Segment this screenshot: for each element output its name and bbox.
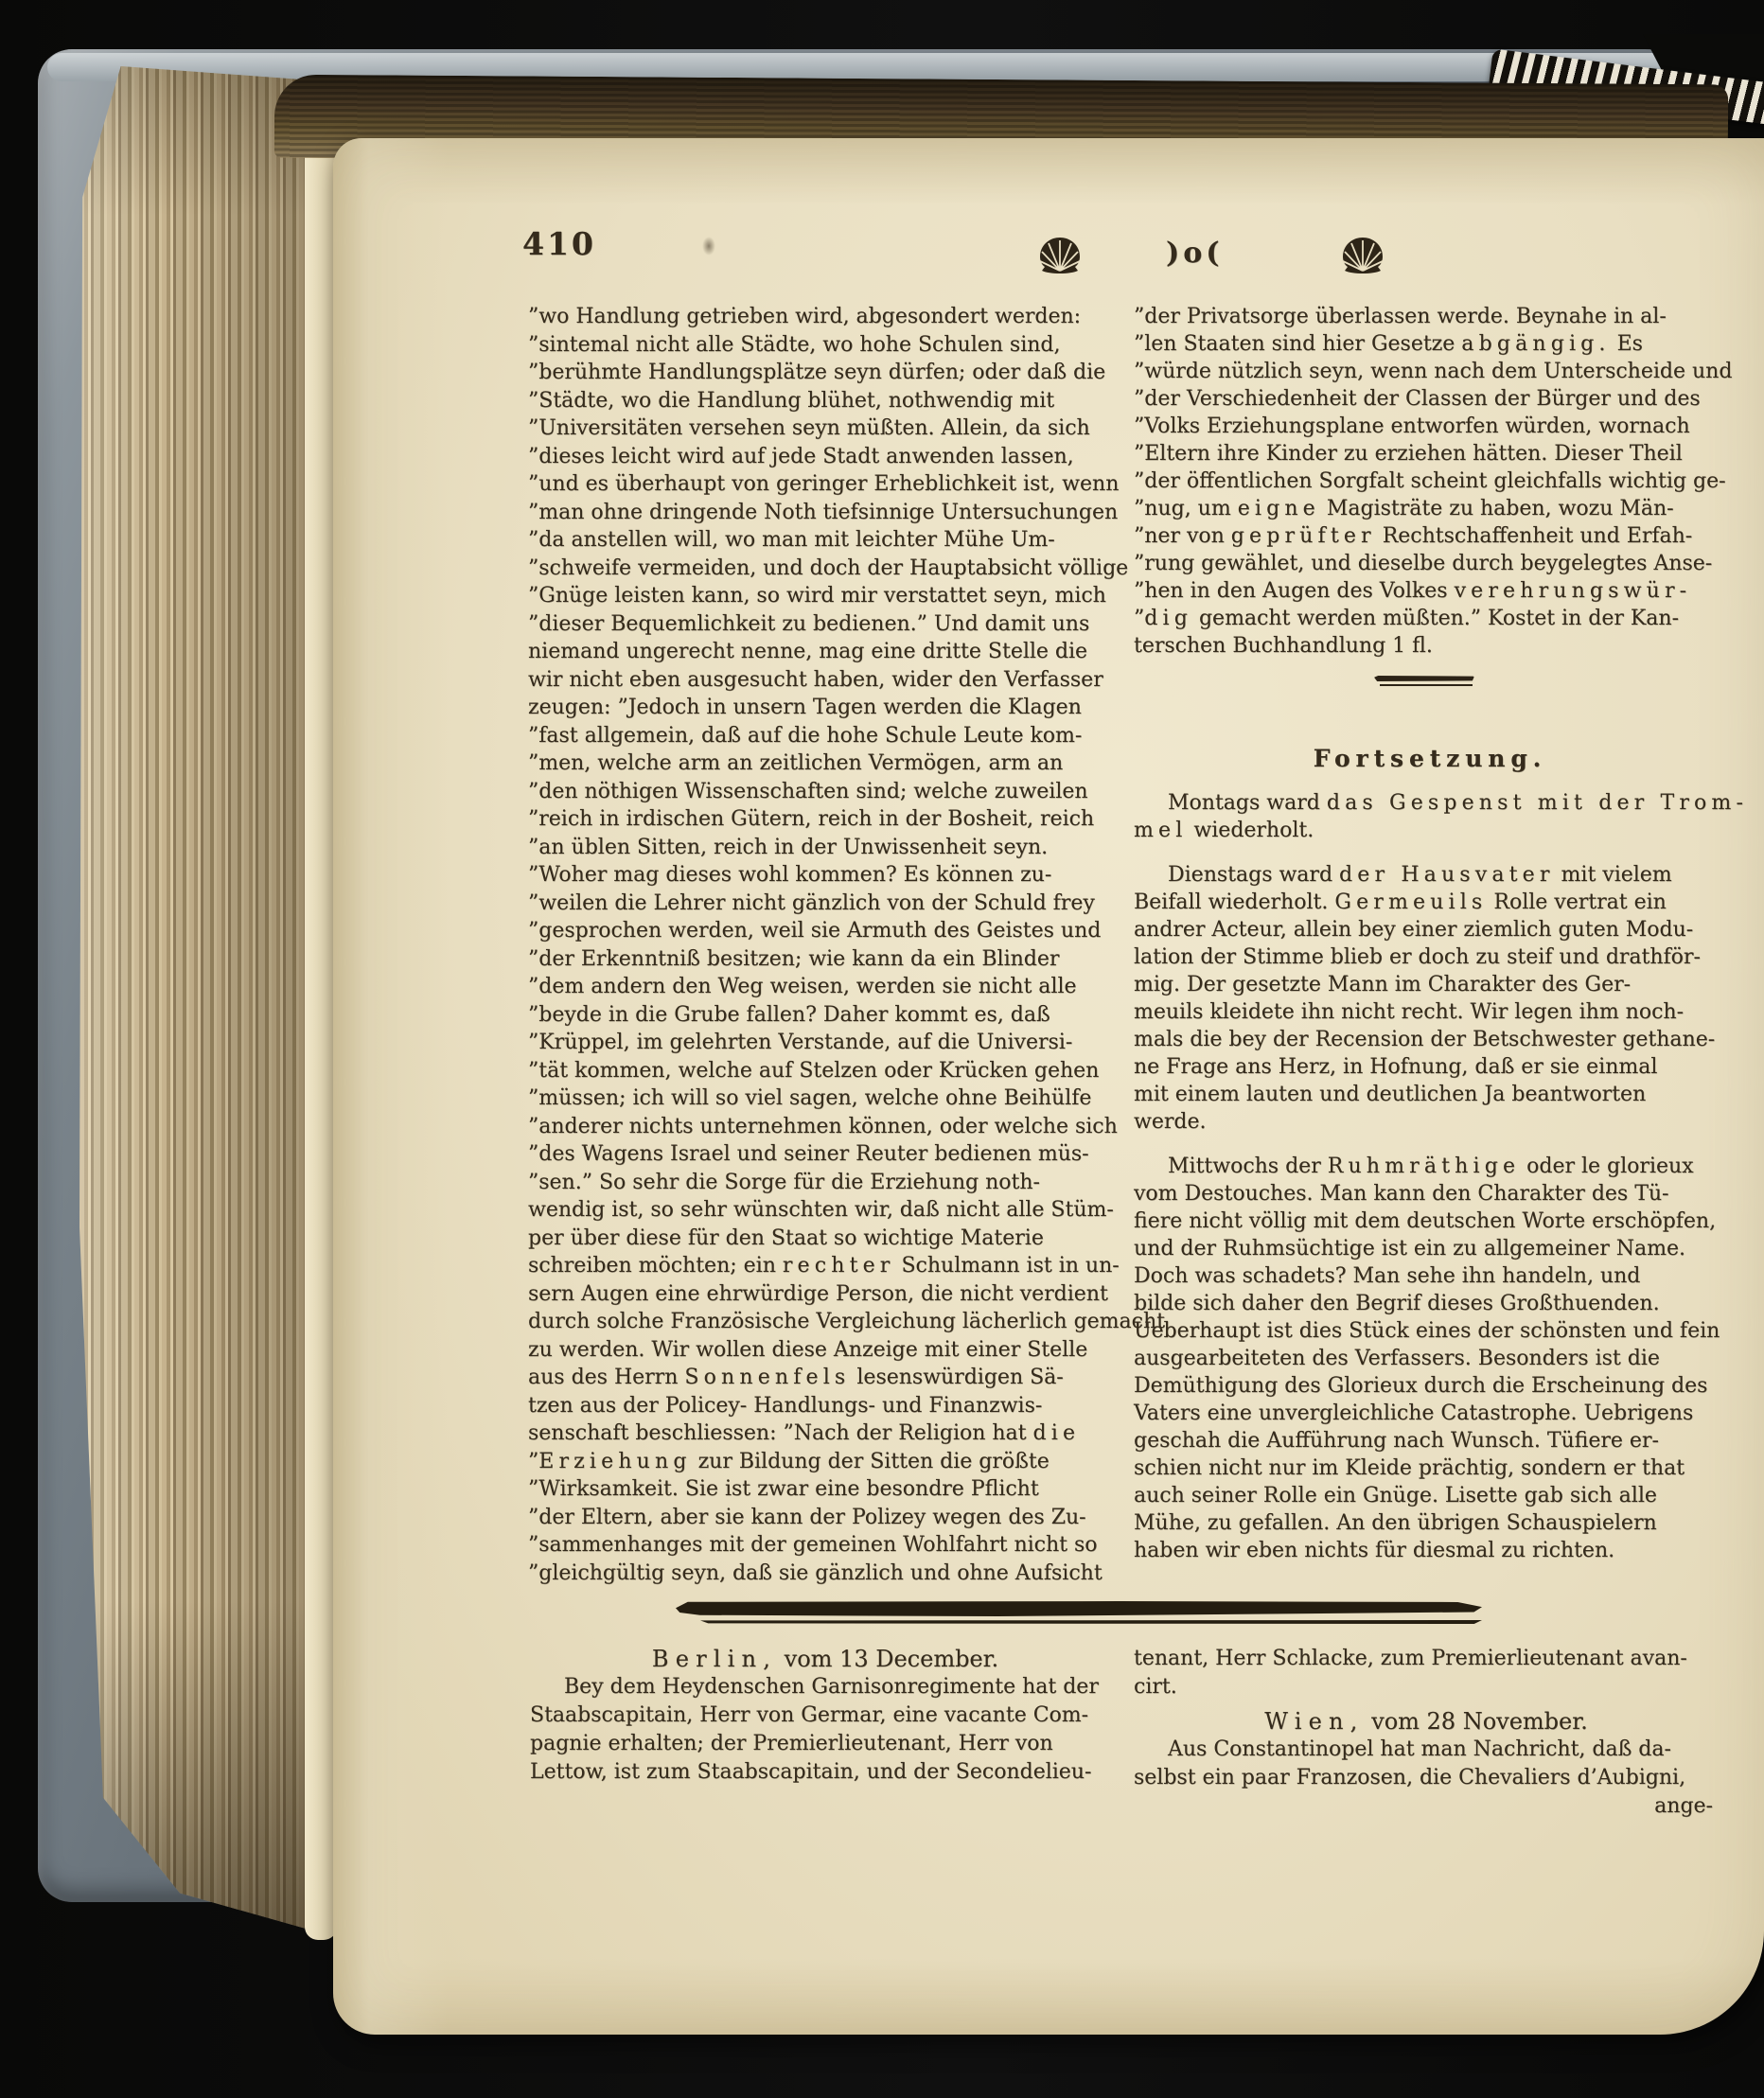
text-segment: Es bbox=[1611, 332, 1643, 356]
text-line: ”Eltern ihre Kinder zu erziehen hätten. … bbox=[1134, 440, 1715, 467]
text-line: senschaft beschliessen: ”Nach der Religi… bbox=[528, 1419, 1119, 1448]
text-line: niemand ungerecht nenne, mag eine dritte… bbox=[528, 638, 1119, 666]
text-line: ”der Privatsorge überlassen werde. Beyna… bbox=[1134, 303, 1715, 330]
text-line: ”dieser Bequemlichkeit zu bedienen.” Und… bbox=[528, 610, 1119, 639]
text-line: tzen aus der Policey- Handlungs- und Fin… bbox=[528, 1392, 1119, 1420]
text-line: ”den nöthigen Wissenschaften sind; welch… bbox=[528, 778, 1119, 806]
text-line: mig. Der gesetzte Mann im Charakter des … bbox=[1134, 971, 1715, 998]
text-line: wir nicht eben ausgesucht haben, wider d… bbox=[528, 666, 1119, 695]
text-line: ”des Wagens Israel und seiner Reuter bed… bbox=[528, 1140, 1119, 1169]
text-line: Mittwochs der Ruhmräthige oder le glorie… bbox=[1134, 1153, 1715, 1180]
emphasized-text: Erziehung bbox=[538, 1450, 691, 1473]
text-line: ”der Erkenntniß besitzen; wie kann da ei… bbox=[528, 945, 1119, 974]
text-line: Mühe, zu gefallen. An den übrigen Schaus… bbox=[1134, 1509, 1715, 1537]
text-segment: ”ner von bbox=[1134, 524, 1231, 548]
emphasized-text: abgängig. bbox=[1461, 332, 1610, 356]
emphasized-text: Wien, bbox=[1264, 1708, 1364, 1735]
wien-news-text: Aus Constantinopel hat man Nachricht, da… bbox=[1134, 1736, 1719, 1792]
text-segment: senschaft beschliessen: ”Nach der Religi… bbox=[528, 1421, 1033, 1445]
text-segment: lesenswürdigen Sä- bbox=[850, 1366, 1063, 1389]
text-segment: Schulmann ist in un- bbox=[894, 1254, 1119, 1278]
text-line: ”der Verschiedenheit der Classen der Bür… bbox=[1134, 385, 1715, 413]
text-line: ”dem andern den Weg weisen, werden sie n… bbox=[528, 973, 1119, 1001]
text-line: ausgearbeiteten des Verfassers. Besonder… bbox=[1134, 1345, 1715, 1372]
text-segment: oder le glorieux bbox=[1520, 1155, 1693, 1178]
text-line: ”schweife vermeiden, und doch der Haupta… bbox=[528, 555, 1119, 583]
book-page: 410 )o( ”wo Handlung getrieben wird, abg… bbox=[333, 138, 1764, 2035]
text-line: per über diese für den Staat so wichtige… bbox=[528, 1225, 1119, 1253]
text-segment: Montags ward bbox=[1168, 791, 1327, 815]
text-line: ”Städte, wo die Handlung blühet, nothwen… bbox=[528, 387, 1119, 415]
text-line: auch seiner Rolle ein Gnüge. Lisette gab… bbox=[1134, 1482, 1715, 1509]
text-line: vom Destouches. Man kann den Charakter d… bbox=[1134, 1180, 1715, 1208]
text-line: ”Volks Erziehungsplane entworfen würden,… bbox=[1134, 413, 1715, 440]
text-line: ”der Eltern, aber sie kann der Polizey w… bbox=[528, 1504, 1119, 1532]
page-curl-highlight bbox=[305, 81, 337, 1940]
scallop-ornament-icon bbox=[1035, 235, 1085, 278]
emphasized-text: mel bbox=[1134, 819, 1187, 842]
text-line: terschen Buchhandlung 1 fl. bbox=[1134, 632, 1715, 660]
text-line: ne Frage ans Herz, in Hofnung, daß er si… bbox=[1134, 1053, 1715, 1081]
text-line: ”nug, um eigne Magisträte zu haben, wozu… bbox=[1134, 495, 1715, 522]
text-segment: ”len Staaten sind hier Gesetze bbox=[1134, 332, 1461, 356]
text-segment: vom 13 December. bbox=[777, 1646, 998, 1672]
paragraph: Montags ward das Gespenst mit der Trom-m… bbox=[1134, 789, 1715, 844]
short-divider-rule bbox=[1374, 676, 1474, 686]
scallop-ornament-icon bbox=[1338, 235, 1387, 278]
text-line: ”sintemal nicht alle Städte, wo hohe Sch… bbox=[528, 331, 1119, 360]
text-line: ”rung gewählet, und dieselbe durch beyge… bbox=[1134, 550, 1715, 577]
text-line: wendig ist, so sehr wünschten wir, daß n… bbox=[528, 1196, 1119, 1225]
text-block: ”der Privatsorge überlassen werde. Beyna… bbox=[1134, 303, 1715, 660]
text-line: haben wir eben nichts für diesmal zu ric… bbox=[1134, 1537, 1715, 1564]
emphasized-text: rechter bbox=[783, 1254, 895, 1278]
text-line: ”der öffentlichen Sorgfalt scheint gleic… bbox=[1134, 467, 1715, 495]
text-line: selbst ein paar Franzosen, die Chevalier… bbox=[1134, 1764, 1719, 1792]
text-line: ”Universitäten versehen seyn müßten. All… bbox=[528, 414, 1119, 443]
ink-smudge bbox=[702, 237, 715, 256]
paragraph: Dienstags ward der Hausvater mit vielemB… bbox=[1134, 861, 1715, 1136]
text-line: ”dig gemacht werden müßten.” Kostet in d… bbox=[1134, 605, 1715, 632]
text-segment: ”nug, um bbox=[1134, 497, 1238, 520]
emphasized-text: die bbox=[1033, 1421, 1081, 1445]
text-line: ”Erziehung zur Bildung der Sitten die gr… bbox=[528, 1448, 1119, 1476]
text-line: ”anderer nichts unternehmen können, oder… bbox=[528, 1113, 1119, 1141]
text-line: ”da anstellen will, wo man mit leichter … bbox=[528, 526, 1119, 555]
text-line: ”gleichgültig seyn, daß sie gänzlich und… bbox=[528, 1560, 1119, 1588]
text-segment: zur Bildung der Sitten die größte bbox=[692, 1450, 1050, 1473]
bottom-left-section: Berlin, vom 13 December. Bey dem Heydens… bbox=[530, 1645, 1120, 1787]
page-number: 410 bbox=[522, 225, 596, 262]
emphasized-text: Germeuils bbox=[1334, 890, 1487, 914]
scanned-book-photo: 410 )o( ”wo Handlung getrieben wird, abg… bbox=[0, 0, 1764, 2098]
text-line: ”len Staaten sind hier Gesetze abgängig.… bbox=[1134, 330, 1715, 358]
text-line: ”Krüppel, im gelehrten Verstande, auf di… bbox=[528, 1029, 1119, 1057]
text-line: ”men, welche arm an zeitlichen Vermögen,… bbox=[528, 749, 1119, 778]
text-line: mel wiederholt. bbox=[1134, 817, 1715, 844]
text-segment: Rechtschaffenheit und Erfah- bbox=[1376, 524, 1693, 548]
emphasized-text: Ruhmräthige bbox=[1328, 1155, 1520, 1178]
emphasized-text: dig bbox=[1144, 607, 1192, 630]
left-text-column: ”wo Handlung getrieben wird, abgesondert… bbox=[528, 303, 1119, 1587]
catchword: ange- bbox=[1134, 1792, 1719, 1821]
text-line: mals die bey der Recension der Betschwes… bbox=[1134, 1026, 1715, 1053]
text-segment: Dienstags ward bbox=[1168, 863, 1339, 887]
text-segment: ”hen in den Augen des Volkes bbox=[1134, 579, 1455, 603]
text-line: ”gesprochen werden, weil sie Armuth des … bbox=[528, 917, 1119, 945]
berlin-news-text: Bey dem Heydenschen Garnisonregimente ha… bbox=[530, 1673, 1120, 1787]
text-line: ”berühmte Handlungsplätze seyn dürfen; o… bbox=[528, 359, 1119, 387]
text-line: Montags ward das Gespenst mit der Trom- bbox=[1134, 789, 1715, 817]
text-line: Doch was schadets? Man sehe ihn handeln,… bbox=[1134, 1262, 1715, 1290]
text-segment: gemacht werden müßten.” Kostet in der Ka… bbox=[1192, 607, 1679, 630]
text-line: sern Augen eine ehrwürdige Person, die n… bbox=[528, 1280, 1119, 1309]
text-line: ”tät kommen, welche auf Stelzen oder Krü… bbox=[528, 1057, 1119, 1085]
text-line: ”an üblen Sitten, reich in der Unwissenh… bbox=[528, 834, 1119, 862]
text-line: werde. bbox=[1134, 1108, 1715, 1136]
text-line: fiere nicht völlig mit dem deutschen Wor… bbox=[1134, 1208, 1715, 1235]
emphasized-text: Berlin, bbox=[652, 1646, 777, 1672]
text-line: Staabscapitain, Herr von Germar, eine va… bbox=[530, 1701, 1120, 1730]
text-line: meuils kleidete ihn nicht recht. Wir leg… bbox=[1134, 998, 1715, 1026]
emphasized-text: geprüfter bbox=[1231, 524, 1376, 548]
text-line: ”beyde in die Grube fallen? Daher kommt … bbox=[528, 1001, 1119, 1030]
text-segment: schreiben möchten; ein bbox=[528, 1254, 783, 1278]
text-line: ”man ohne dringende Noth tiefsinnige Unt… bbox=[528, 499, 1119, 527]
text-line: ”würde nützlich seyn, wenn nach dem Unte… bbox=[1134, 358, 1715, 385]
emphasized-text: das Gespenst mit der Trom- bbox=[1327, 791, 1748, 815]
text-line: ”hen in den Augen des Volkes verehrungsw… bbox=[1134, 577, 1715, 605]
text-line: Demüthigung des Glorieux durch die Ersch… bbox=[1134, 1372, 1715, 1400]
text-line: ”Woher mag dieses wohl kommen? Es können… bbox=[528, 861, 1119, 890]
text-line: ”dieses leicht wird auf jede Stadt anwen… bbox=[528, 443, 1119, 471]
book-cover-edge-highlight bbox=[47, 53, 1696, 81]
text-line: zu werden. Wir wollen diese Anzeige mit … bbox=[528, 1336, 1119, 1365]
text-segment: ” bbox=[528, 1450, 538, 1473]
text-line: Vaters eine unvergleichliche Catastrophe… bbox=[1134, 1400, 1715, 1427]
emphasized-text: Sonnenfels bbox=[684, 1366, 850, 1389]
text-line: Dienstags ward der Hausvater mit vielem bbox=[1134, 861, 1715, 889]
text-line: Beifall wiederholt. Germeuils Rolle vert… bbox=[1134, 889, 1715, 916]
text-segment: ” bbox=[1134, 607, 1144, 630]
text-line: und der Ruhmsüchtige ist ein zu allgemei… bbox=[1134, 1235, 1715, 1262]
text-line: aus des Herrn Sonnenfels lesenswürdigen … bbox=[528, 1364, 1119, 1392]
text-line: schreiben möchten; ein rechter Schulmann… bbox=[528, 1252, 1119, 1280]
text-line: andrer Acteur, allein bey einer ziemlich… bbox=[1134, 916, 1715, 943]
text-line: ”weilen die Lehrer nicht gänzlich von de… bbox=[528, 890, 1119, 918]
text-line: ”sen.” So sehr die Sorge für die Erziehu… bbox=[528, 1169, 1119, 1197]
bottom-right-section: tenant, Herr Schlacke, zum Premierlieute… bbox=[1134, 1645, 1719, 1821]
text-segment: vom 28 November. bbox=[1365, 1708, 1588, 1735]
text-line: ”ner von geprüfter Rechtschaffenheit und… bbox=[1134, 522, 1715, 550]
text-line: Aus Constantinopel hat man Nachricht, da… bbox=[1134, 1736, 1719, 1764]
text-line: schien nicht nur im Kleide prächtig, son… bbox=[1134, 1454, 1715, 1482]
wien-heading: Wien, vom 28 November. bbox=[1134, 1707, 1719, 1736]
text-line: durch solche Französische Vergleichung l… bbox=[528, 1308, 1119, 1336]
text-line: tenant, Herr Schlacke, zum Premierlieute… bbox=[1134, 1645, 1719, 1673]
text-segment: aus des Herrn bbox=[528, 1366, 684, 1389]
emphasized-text: Fortsetzung. bbox=[1314, 745, 1547, 772]
text-line: ”müssen; ich will so viel sagen, welche … bbox=[528, 1084, 1119, 1113]
text-line: Ueberhaupt ist dies Stück eines der schö… bbox=[1134, 1317, 1715, 1345]
text-line: Lettow, ist zum Staabscapitain, und der … bbox=[530, 1758, 1120, 1787]
fortsetzung-heading: Fortsetzung. bbox=[1134, 745, 1715, 772]
text-line: bilde sich daher den Begrif dieses Großt… bbox=[1134, 1290, 1715, 1317]
text-line: zeugen: ”Jedoch in unsern Tagen werden d… bbox=[528, 694, 1119, 722]
emphasized-text: der Hausvater bbox=[1339, 863, 1555, 887]
text-line: ”Gnüge leisten kann, so wird mir verstat… bbox=[528, 582, 1119, 610]
berlin-heading: Berlin, vom 13 December. bbox=[530, 1645, 1120, 1673]
right-text-column: ”der Privatsorge überlassen werde. Beyna… bbox=[1134, 303, 1715, 1564]
text-line: lation der Stimme blieb er doch zu steif… bbox=[1134, 943, 1715, 971]
text-line: mit einem lauten und deutlichen Ja beant… bbox=[1134, 1081, 1715, 1108]
text-line: ”und es überhaupt von geringer Erheblich… bbox=[528, 470, 1119, 499]
text-segment: mit vielem bbox=[1555, 863, 1672, 887]
text-line: geschah die Aufführung nach Wunsch. Tüfi… bbox=[1134, 1427, 1715, 1454]
text-line: ”sammenhanges mit der gemeinen Wohlfahrt… bbox=[528, 1531, 1119, 1560]
text-line: pagnie erhalten; der Premierlieutenant, … bbox=[530, 1730, 1120, 1758]
thick-divider-rule bbox=[676, 1601, 1482, 1624]
text-line: cirt. bbox=[1134, 1673, 1719, 1701]
text-line: ”wo Handlung getrieben wird, abgesondert… bbox=[528, 303, 1119, 331]
text-segment: wiederholt. bbox=[1187, 819, 1314, 842]
text-line: Bey dem Heydenschen Garnisonregimente ha… bbox=[530, 1673, 1120, 1701]
text-segment: Mittwochs der bbox=[1168, 1155, 1328, 1178]
text-line: ”reich in irdischen Gütern, reich in der… bbox=[528, 805, 1119, 834]
text-line: ”fast allgemein, daß auf die hohe Schule… bbox=[528, 722, 1119, 750]
text-segment: Magisträte zu haben, wozu Män- bbox=[1320, 497, 1674, 520]
emphasized-text: eigne bbox=[1238, 497, 1320, 520]
signature-mark: )o( bbox=[1166, 237, 1223, 270]
text-line: ”Wirksamkeit. Sie ist zwar eine besondre… bbox=[528, 1475, 1119, 1504]
text-segment: Beifall wiederholt. bbox=[1134, 890, 1334, 914]
berlin-news-continuation: tenant, Herr Schlacke, zum Premierlieute… bbox=[1134, 1645, 1719, 1701]
paragraph: Mittwochs der Ruhmräthige oder le glorie… bbox=[1134, 1153, 1715, 1564]
emphasized-text: verehrungswür- bbox=[1455, 579, 1692, 603]
text-segment: Rolle vertrat ein bbox=[1487, 890, 1666, 914]
